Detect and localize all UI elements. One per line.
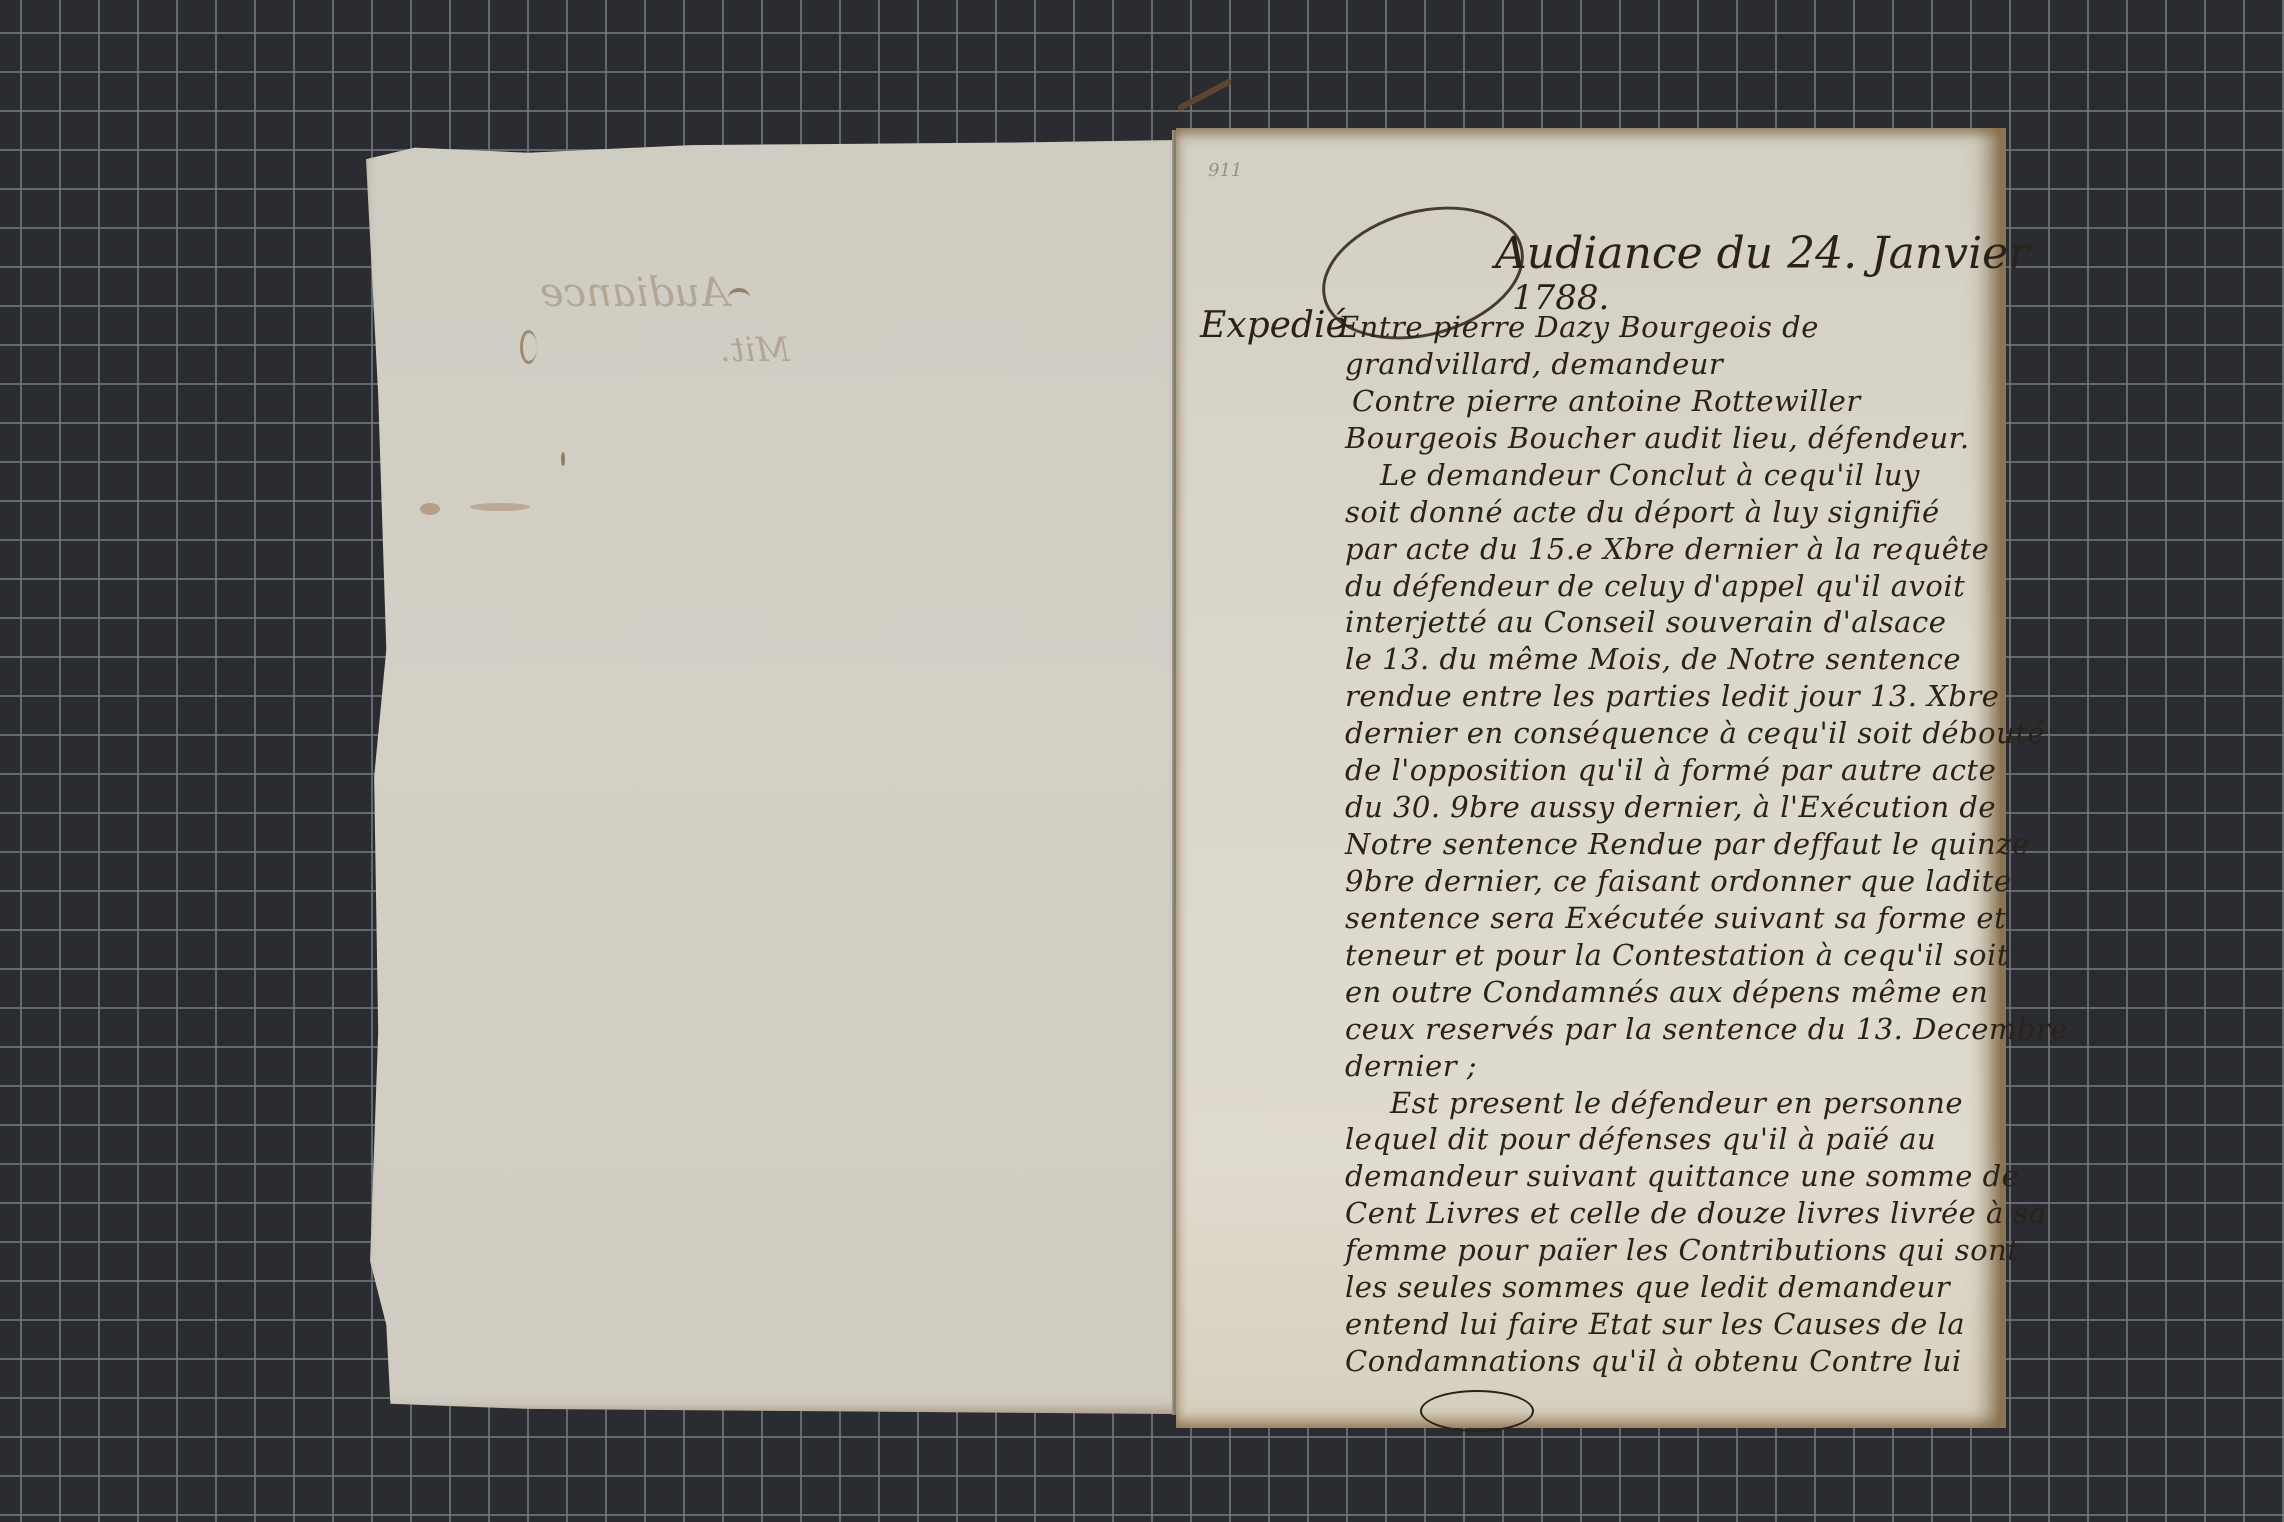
bleed-through-text: Audiance xyxy=(540,270,729,316)
text-line: Le demandeur Conclut à cequ'il luy xyxy=(1380,458,1920,492)
text-line: Cent Livres et celle de douze livres liv… xyxy=(1345,1196,2047,1230)
foxing-spot xyxy=(420,503,440,515)
text-line: grandvillard, demandeur xyxy=(1345,347,1723,381)
text-line: Notre sentence Rendue par deffaut le qui… xyxy=(1345,827,2030,861)
text-line: Condamnations qu'il à obtenu Contre lui xyxy=(1345,1344,1962,1378)
document-scan: Audiance Mit. 911 Audiance du 24. Janvie… xyxy=(0,0,2284,1522)
text-line: entend lui faire Etat sur les Causes de … xyxy=(1345,1307,1965,1341)
bleed-through-text: Mit. xyxy=(720,330,790,370)
heading-title: Audiance du 24. Janvier xyxy=(1495,228,2029,279)
text-line: Bourgeois Boucher audit lieu, défendeur. xyxy=(1345,421,1970,455)
text-line: dernier ; xyxy=(1345,1049,1477,1083)
text-line: du 30. 9bre aussy dernier, à l'Exécution… xyxy=(1345,790,1996,824)
text-line: ceux reservés par la sentence du 13. Dec… xyxy=(1345,1012,2068,1046)
text-line: femme pour païer les Contributions qui s… xyxy=(1345,1233,2019,1267)
ink-spot xyxy=(561,452,565,466)
text-line: en outre Condamnés aux dépens même en xyxy=(1345,975,1988,1009)
ink-spot xyxy=(728,288,750,308)
text-line: demandeur suivant quittance une somme de xyxy=(1345,1159,2019,1193)
text-line: Contre pierre antoine Rottewiller xyxy=(1352,384,1861,418)
text-line: les seules sommes que ledit demandeur xyxy=(1345,1270,1950,1304)
text-line: sentence sera Exécutée suivant sa forme … xyxy=(1345,901,2006,935)
text-line: interjetté au Conseil souverain d'alsace xyxy=(1345,605,1946,639)
text-line: Entre pierre Dazy Bourgeois de xyxy=(1338,310,1819,344)
ink-spot xyxy=(520,330,537,364)
text-line: de l'opposition qu'il à formé par autre … xyxy=(1345,753,1996,787)
text-line: par acte du 15.e Xbre dernier à la requê… xyxy=(1345,532,1989,566)
closing-paraph xyxy=(1420,1390,1534,1432)
binding-thread xyxy=(1177,78,1233,111)
foxing-spot xyxy=(470,503,530,511)
text-line: du défendeur de celuy d'appel qu'il avoi… xyxy=(1345,569,1965,603)
text-line: 9bre dernier, ce faisant ordonner que la… xyxy=(1345,864,2012,898)
margin-note-expedie: Expedié xyxy=(1200,305,1347,346)
text-line: Est present le défendeur en personne xyxy=(1390,1086,1963,1120)
text-line: dernier en conséquence à cequ'il soit dé… xyxy=(1345,716,2045,750)
text-line: lequel dit pour défenses qu'il à païé au xyxy=(1345,1122,1936,1156)
text-line: soit donné acte du déport à luy signifié xyxy=(1345,495,1940,529)
text-line: rendue entre les parties ledit jour 13. … xyxy=(1345,679,1999,713)
folio-number: 911 xyxy=(1208,160,1242,181)
text-line: teneur et pour la Contestation à cequ'il… xyxy=(1345,938,2009,972)
text-line: le 13. du même Mois, de Notre sentence xyxy=(1345,642,1961,676)
